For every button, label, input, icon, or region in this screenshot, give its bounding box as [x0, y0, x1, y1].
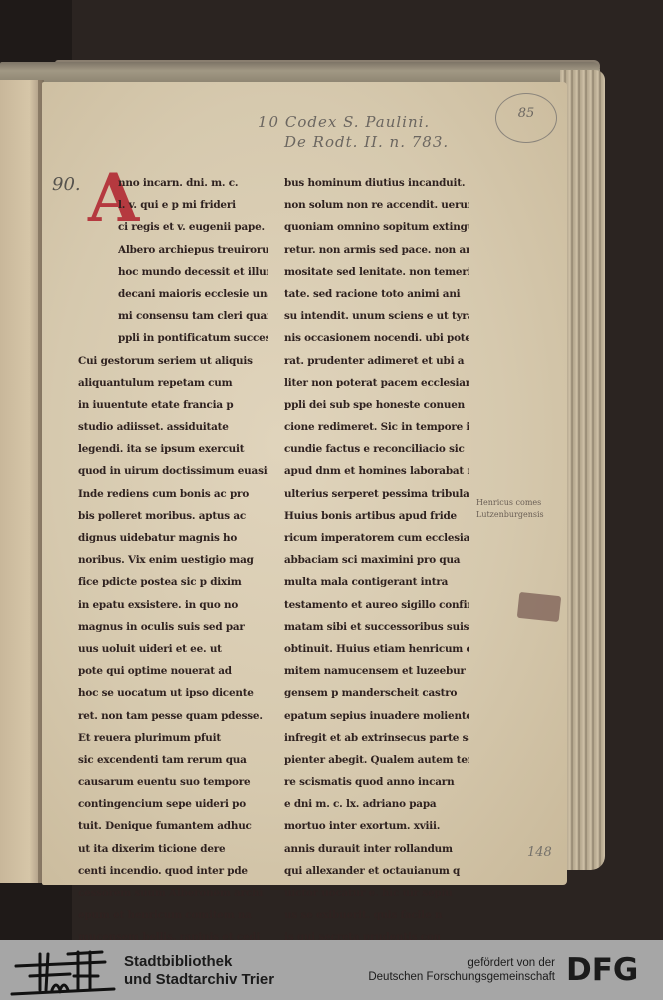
text-line: uus uoluit uideri et ee. ut: [78, 638, 268, 660]
text-line: apud dnm et homines laborabat ne: [284, 460, 469, 482]
footer-banner: Stadtbibliothek und Stadtarchiv Trier ge…: [0, 940, 663, 1000]
text-line: testamento et aureo sigillo confir: [284, 594, 469, 616]
text-line: decani maioris ecclesie unani: [118, 283, 268, 305]
shelfmark-line-1: 10 Codex S. Paulini.: [258, 112, 449, 132]
text-line: infregit et ab extrinsecus parte sa: [284, 727, 469, 749]
text-line: in epatu exsistere. in quo no: [78, 594, 268, 616]
institution-line-2: und Stadtarchiv Trier: [124, 971, 274, 989]
text-line: ut ita dixerim ticione dere: [78, 838, 268, 860]
text-line: ppli in pontificatum successit: [118, 327, 268, 349]
manuscript-image-viewer: 10 Codex S. Paulini. De Rodt. II. n. 783…: [0, 0, 663, 940]
text-line: mortuo inter exortum. xviii.: [284, 815, 469, 837]
text-line: mositate sed lenitate. non temeri: [284, 261, 469, 283]
text-line: Cui gestorum seriem ut aliquis: [78, 350, 268, 372]
text-line: legendi. ita se ipsum exercuit: [78, 438, 268, 460]
text-line: mucensem bellis. rapinis et cedi: [78, 926, 268, 940]
text-line: in iuuentute etate francia p: [78, 394, 268, 416]
text-line: cione redimeret. Sic in tempore ira: [284, 416, 469, 438]
old-folio-number: 90.: [52, 174, 81, 195]
funder-line-2: Deutschen Forschungsgemeinschaft: [368, 970, 555, 984]
text-line: ulterius serperet pessima tribulacio.: [284, 483, 469, 505]
previous-leaf: [0, 80, 42, 883]
text-line: dignus uidebatur magnis ho: [78, 527, 268, 549]
shelfmark-note: 10 Codex S. Paulini. De Rodt. II. n. 783…: [258, 112, 449, 152]
text-line: ppli dei sub spe honeste conuen: [284, 394, 469, 416]
page-tab-stain: [517, 592, 561, 622]
text-line: pote qui optime nouerat ad: [78, 660, 268, 682]
marginal-note: Henricus comes Lutzenburgensis: [476, 497, 544, 521]
text-line: Huius bonis artibus apud fride: [284, 505, 469, 527]
text-line: quoniam omnino sopitum extingue: [284, 216, 469, 238]
dfg-logo: DFG: [566, 952, 638, 988]
text-line: tuit. Denique fumantem adhuc: [78, 815, 268, 837]
text-line: centi incendio. quod inter pde: [78, 860, 268, 882]
funder-line-1: gefördert von der: [368, 956, 555, 970]
text-line: liter non poterat pacem ecclesiarum et: [284, 372, 469, 394]
text-line: causarum euentu suo tempore: [78, 771, 268, 793]
text-line: sic excendenti tam rerum qua: [78, 749, 268, 771]
marginal-note-line: Henricus comes: [476, 497, 544, 509]
text-line: ret. non tam pesse quam pdesse.: [78, 705, 268, 727]
text-line: is qui secreta prudentis con: [284, 926, 469, 940]
text-line: ricum imperatorem cum ecclesia treberi: [284, 527, 469, 549]
circled-number: 85: [495, 93, 557, 143]
funder-credit: gefördert von der Deutschen Forschungsge…: [368, 956, 555, 984]
text-line: us se exibuerit. quis facile n: [284, 904, 469, 926]
text-line: epum et henricum comitem na: [78, 904, 268, 926]
text-line: l. v. qui e p mi frideri: [118, 194, 268, 216]
text-line: Et reuera plurimum pfuit: [78, 727, 268, 749]
text-line: su intendit. unum sciens e ut tyran: [284, 305, 469, 327]
folio-number: 148: [527, 845, 552, 860]
text-line: quod in uirum doctissimum euasit.: [78, 460, 268, 482]
text-line: epatum sepius inuadere molientem: [284, 705, 469, 727]
text-line: hoc mundo decessit et illum: [118, 261, 268, 283]
text-line: rat. prudenter adimeret et ubi a: [284, 350, 469, 372]
text-line: noribus. Vix enim uestigio mag: [78, 549, 268, 571]
text-line: obtinuit. Huius etiam henricum co: [284, 638, 469, 660]
text-line: contingencium sepe uideri po: [78, 793, 268, 815]
shelfmark-line-2: De Rodt. II. n. 783.: [284, 132, 449, 152]
text-line: mi consensu tam cleri quam: [118, 305, 268, 327]
text-line: tate. sed racione toto animi ani: [284, 283, 469, 305]
text-line: re scismatis quod anno incarn: [284, 771, 469, 793]
text-column-right: bus hominum diutius incanduit.non solum …: [284, 172, 469, 940]
text-line: bis polleret moribus. aptus ac: [78, 505, 268, 527]
institution-line-1: Stadtbibliothek: [124, 953, 274, 971]
text-line: hoc se uocatum ut ipso dicente: [78, 682, 268, 704]
text-column-left: nno incarn. dni. m. c.l. v. qui e p mi f…: [118, 172, 268, 940]
text-line: gensem p manderscheit castro: [284, 682, 469, 704]
text-line: cundie factus e reconciliacio sic: [284, 438, 469, 460]
text-line: bus hominum diutius incanduit.: [284, 172, 469, 194]
text-line: Inde rediens cum bonis ac pro: [78, 483, 268, 505]
text-line: non solum non re accendit. uerum etiam: [284, 194, 469, 216]
text-line: cessorem suum Alberonem archi: [78, 882, 268, 904]
trier-library-logo-icon: [10, 946, 120, 996]
text-line: qui allexander et octauianum q: [284, 860, 469, 882]
text-line: Albero archiepus treuirorum ex: [118, 239, 268, 261]
text-line: studio adiisset. assiduitate: [78, 416, 268, 438]
text-line: pienter abegit. Qualem autem tempo: [284, 749, 469, 771]
text-line: nno incarn. dni. m. c.: [118, 172, 268, 194]
text-line: retur. non armis sed pace. non ani: [284, 239, 469, 261]
text-line: abbaciam sci maximini pro qua: [284, 549, 469, 571]
marginal-note-line: Lutzenburgensis: [476, 509, 544, 521]
text-line: ci regis et v. eugenii pape.: [118, 216, 268, 238]
text-line: matam sibi et successoribus suis: [284, 616, 469, 638]
text-line: multa mala contigerant intra: [284, 571, 469, 593]
institution-name: Stadtbibliothek und Stadtarchiv Trier: [124, 953, 274, 989]
text-line: annis durauit inter rollandum: [284, 838, 469, 860]
text-line: uictor uocatur e. hic uir sepiu: [284, 882, 469, 904]
text-line: nis occasionem nocendi. ubi pote: [284, 327, 469, 349]
text-line: magnus in oculis suis sed par: [78, 616, 268, 638]
text-line: fice pdicte postea sic p dixim: [78, 571, 268, 593]
text-line: aliquantulum repetam cum: [78, 372, 268, 394]
book-top-edge: [0, 62, 600, 84]
text-line: mitem namucensem et luzeebur: [284, 660, 469, 682]
text-line: e dni m. c. lx. adriano papa: [284, 793, 469, 815]
